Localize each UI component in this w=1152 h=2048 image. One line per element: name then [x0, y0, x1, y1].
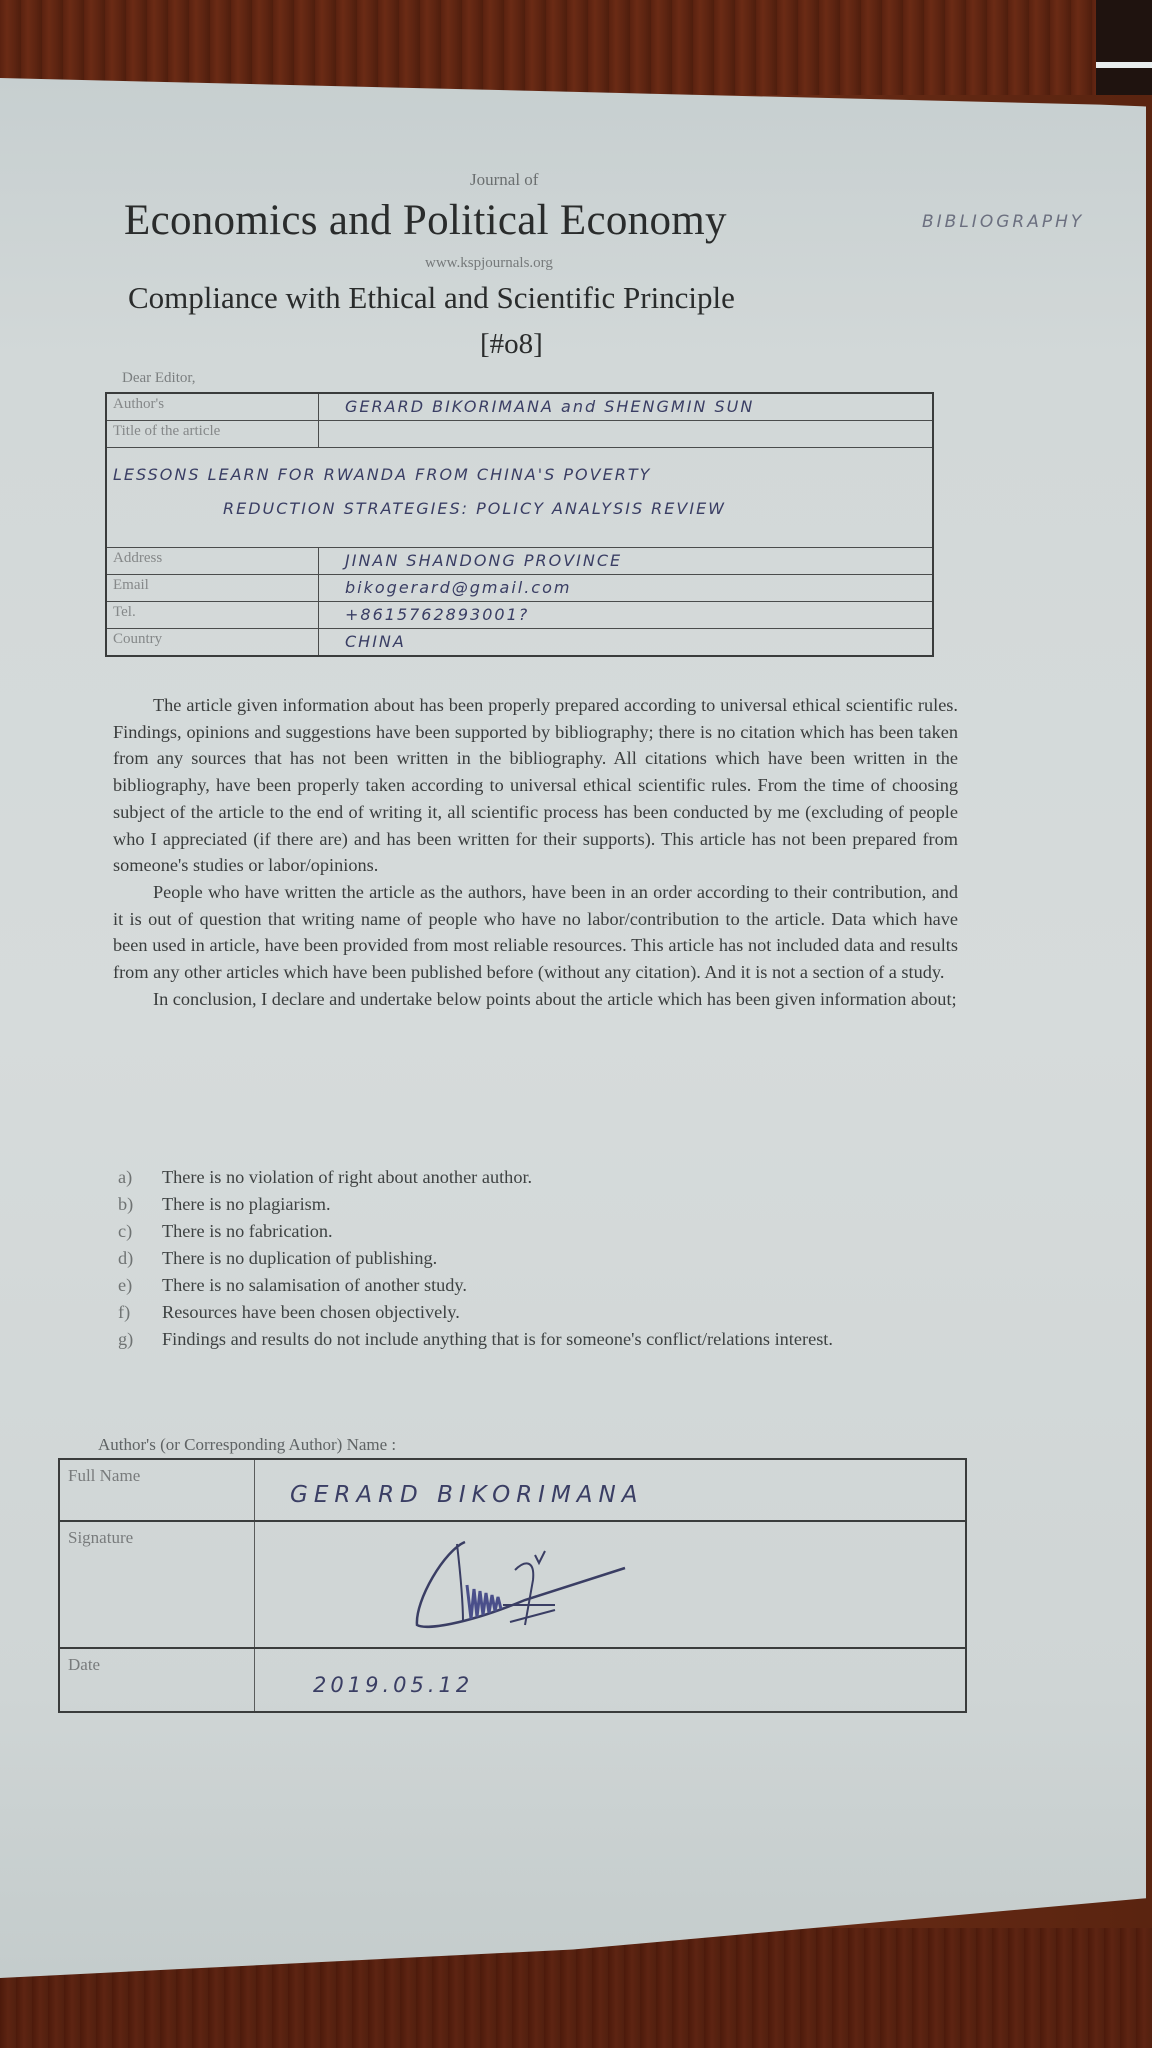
- item-text: Findings and results do not include anyt…: [162, 1326, 960, 1353]
- item-text: There is no salamisation of another stud…: [162, 1272, 960, 1299]
- full-name-field[interactable]: GERARD BIKORIMANA: [290, 1482, 643, 1508]
- item-text: There is no plagiarism.: [162, 1191, 960, 1218]
- salutation: Dear Editor,: [122, 370, 196, 387]
- item-text: Resources have been chosen objectively.: [162, 1299, 960, 1326]
- title-label: Title of the article: [107, 421, 319, 447]
- paragraph-1: The article given information about has …: [113, 692, 958, 879]
- declaration-item: e)There is no salamisation of another st…: [118, 1272, 960, 1299]
- wooden-surface-top: [0, 0, 1152, 95]
- declaration-item: b)There is no plagiarism.: [118, 1191, 960, 1218]
- item-marker: b): [118, 1191, 162, 1218]
- item-marker: e): [118, 1272, 162, 1299]
- signature-label: Signature: [60, 1522, 255, 1647]
- handwritten-annotation: BIBLIOGRAPHY: [922, 212, 1084, 232]
- declaration-item: c)There is no fabrication.: [118, 1218, 960, 1245]
- email-field[interactable]: bikogerard@gmail.com: [319, 575, 932, 601]
- paragraph-2: People who have written the article as t…: [113, 879, 958, 986]
- item-marker: c): [118, 1218, 162, 1245]
- item-marker: f): [118, 1299, 162, 1326]
- signature-field[interactable]: [255, 1522, 965, 1647]
- signature-scribble-icon: [405, 1530, 665, 1640]
- country-field[interactable]: CHINA: [319, 629, 932, 655]
- full-name-cell: GERARD BIKORIMANA: [255, 1460, 965, 1520]
- declaration-item: d)There is no duplication of publishing.: [118, 1245, 960, 1272]
- item-text: There is no fabrication.: [162, 1218, 960, 1245]
- declaration-item: a)There is no violation of right about a…: [118, 1164, 960, 1191]
- date-label: Date: [60, 1649, 255, 1711]
- address-label: Address: [107, 548, 319, 574]
- item-marker: g): [118, 1326, 162, 1353]
- article-title-line1: LESSONS LEARN FOR RWANDA FROM CHINA'S PO…: [113, 465, 651, 484]
- title-label-spacer: [319, 421, 932, 447]
- country-label: Country: [107, 629, 319, 655]
- tel-field[interactable]: +8615762893001?: [319, 602, 932, 628]
- date-field[interactable]: 2019.05.12: [313, 1673, 473, 1697]
- date-row: Date 2019.05.12: [60, 1649, 965, 1711]
- item-text: There is no duplication of publishing.: [162, 1245, 960, 1272]
- country-row: Country CHINA: [107, 629, 932, 655]
- address-row: Address JINAN SHANDONG PROVINCE: [107, 548, 932, 575]
- tel-row: Tel. +8615762893001?: [107, 602, 932, 629]
- title-row: Title of the article: [107, 421, 932, 448]
- email-label: Email: [107, 575, 319, 601]
- full-name-row: Full Name GERARD BIKORIMANA: [60, 1460, 965, 1522]
- form-number: [#o8]: [480, 328, 543, 361]
- item-text: There is no violation of right about ano…: [162, 1164, 960, 1191]
- article-title-line2: REDUCTION STRATEGIES: POLICY ANALYSIS RE…: [113, 492, 926, 526]
- date-cell: 2019.05.12: [255, 1649, 965, 1711]
- author-info-table: Author's GERARD BIKORIMANA and SHENGMIN …: [105, 392, 934, 657]
- journal-of-label: Journal of: [470, 170, 538, 190]
- authors-field[interactable]: GERARD BIKORIMANA and SHENGMIN SUN: [319, 394, 932, 420]
- email-row: Email bikogerard@gmail.com: [107, 575, 932, 602]
- item-marker: a): [118, 1164, 162, 1191]
- paragraph-3: In conclusion, I declare and undertake b…: [113, 986, 958, 1013]
- signature-table: Full Name GERARD BIKORIMANA Signature Da…: [58, 1458, 967, 1713]
- declaration-item: f)Resources have been chosen objectively…: [118, 1299, 960, 1326]
- journal-url: www.kspjournals.org: [425, 255, 553, 272]
- authors-row: Author's GERARD BIKORIMANA and SHENGMIN …: [107, 394, 932, 421]
- declaration-item: g)Findings and results do not include an…: [118, 1326, 960, 1353]
- signature-caption: Author's (or Corresponding Author) Name …: [98, 1435, 396, 1455]
- declaration-list: a)There is no violation of right about a…: [118, 1164, 960, 1353]
- signature-row: Signature: [60, 1522, 965, 1649]
- item-marker: d): [118, 1245, 162, 1272]
- declaration-body: The article given information about has …: [113, 692, 958, 1012]
- article-title-field[interactable]: LESSONS LEARN FOR RWANDA FROM CHINA'S PO…: [107, 448, 932, 548]
- background-corner: [1096, 0, 1152, 95]
- tel-label: Tel.: [107, 602, 319, 628]
- journal-title: Economics and Political Economy: [124, 196, 727, 245]
- full-name-label: Full Name: [60, 1460, 255, 1520]
- authors-label: Author's: [107, 394, 319, 420]
- form-title: Compliance with Ethical and Scientific P…: [128, 280, 735, 316]
- address-field[interactable]: JINAN SHANDONG PROVINCE: [319, 548, 932, 574]
